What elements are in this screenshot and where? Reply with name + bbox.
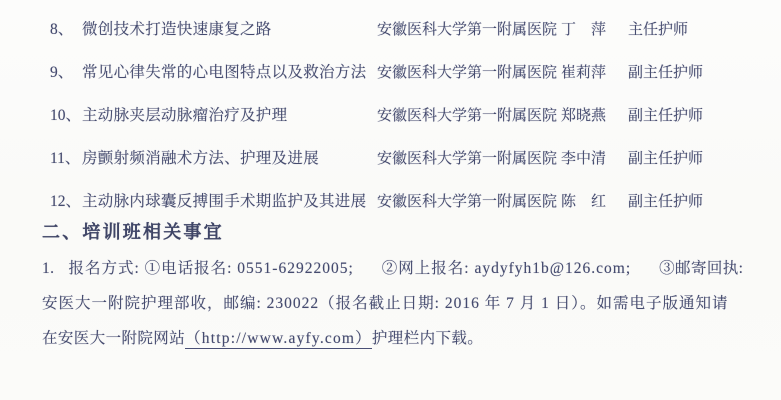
registration-phone-method: 报名方式: ①电话报名: 0551-62922005;	[68, 260, 353, 277]
registration-line-methods: 1.报名方式: ①电话报名: 0551-62922005;②网上报名: aydy…	[0, 251, 781, 286]
lecture-speaker-rank: 副主任护师	[628, 52, 703, 95]
lecture-row-8: 8、 微创技术打造快速康复之路 安徽医科大学第一附属医院 丁 萍 主任护师	[0, 8, 781, 51]
lecture-row-12: 12、 主动脉内球囊反搏围手术期监护及其进展 安徽医科大学第一附属医院 陈 红 …	[0, 180, 781, 223]
registration-line-address-deadline: 安医大一附院护理部收，邮编: 230022（报名截止日期: 2016 年 7 月…	[0, 286, 781, 321]
lecture-row-10: 10、 主动脉夹层动脉瘤治疗及护理 安徽医科大学第一附属医院 郑晓燕 副主任护师	[0, 94, 781, 137]
lecture-hospital: 安徽医科大学第一附属医院	[377, 181, 557, 224]
lecture-number: 9、	[50, 51, 82, 94]
lecture-row-11: 11、 房颤射频消融术方法、护理及进展 安徽医科大学第一附属医院 李中清 副主任…	[0, 137, 781, 180]
lecture-speaker-rank: 主任护师	[628, 9, 688, 52]
lecture-speaker: 李中清	[557, 138, 628, 181]
registration-paragraph: 1.报名方式: ①电话报名: 0551-62922005;②网上报名: aydy…	[0, 251, 781, 356]
lecture-title: 主动脉内球囊反搏围手术期监护及其进展	[82, 180, 377, 223]
registration-online-method: ②网上报名: aydyfyh1b@126.com;	[382, 251, 631, 286]
registration-address-deadline-text: 安医大一附院护理部收，邮编: 230022（报名截止日期: 2016 年 7 月…	[42, 295, 729, 312]
lecture-title: 微创技术打造快速康复之路	[82, 8, 377, 51]
lecture-title: 主动脉夹层动脉瘤治疗及护理	[82, 94, 377, 137]
lecture-number: 11、	[50, 137, 82, 180]
lecture-hospital: 安徽医科大学第一附属医院	[377, 138, 557, 181]
lecture-hospital: 安徽医科大学第一附属医院	[377, 9, 557, 52]
registration-line-download: 在安医大一附院网站（http://www.ayfy.com）护理栏内下载。	[0, 321, 781, 356]
scanned-document-page: 8、 微创技术打造快速康复之路 安徽医科大学第一附属医院 丁 萍 主任护师 9、…	[0, 0, 781, 400]
registration-mail-method: ③邮寄回执:	[659, 251, 743, 286]
lecture-speaker-rank: 副主任护师	[628, 95, 703, 138]
lecture-number: 12、	[50, 180, 82, 223]
lecture-title: 常见心律失常的心电图特点以及救治方法	[82, 51, 377, 94]
lecture-number: 10、	[50, 94, 82, 137]
lecture-hospital: 安徽医科大学第一附属医院	[377, 95, 557, 138]
hospital-website-url: （http://www.ayfy.com）	[185, 330, 372, 349]
lecture-speaker-rank: 副主任护师	[628, 138, 703, 181]
registration-download-suffix: 护理栏内下载。	[372, 330, 483, 347]
lecture-speaker: 郑晓燕	[557, 95, 628, 138]
registration-item-number: 1.	[42, 251, 54, 286]
lecture-title: 房颤射频消融术方法、护理及进展	[82, 137, 377, 180]
lecture-speaker: 陈 红	[557, 181, 628, 224]
lecture-row-9: 9、 常见心律失常的心电图特点以及救治方法 安徽医科大学第一附属医院 崔莉萍 副…	[0, 51, 781, 94]
lecture-speaker: 崔莉萍	[557, 52, 628, 95]
lecture-speaker-rank: 副主任护师	[628, 181, 703, 224]
lecture-speaker: 丁 萍	[557, 9, 628, 52]
lecture-list: 8、 微创技术打造快速康复之路 安徽医科大学第一附属医院 丁 萍 主任护师 9、…	[0, 0, 781, 223]
lecture-hospital: 安徽医科大学第一附属医院	[377, 52, 557, 95]
lecture-number: 8、	[50, 8, 82, 51]
registration-download-prefix: 在安医大一附院网站	[42, 330, 185, 347]
